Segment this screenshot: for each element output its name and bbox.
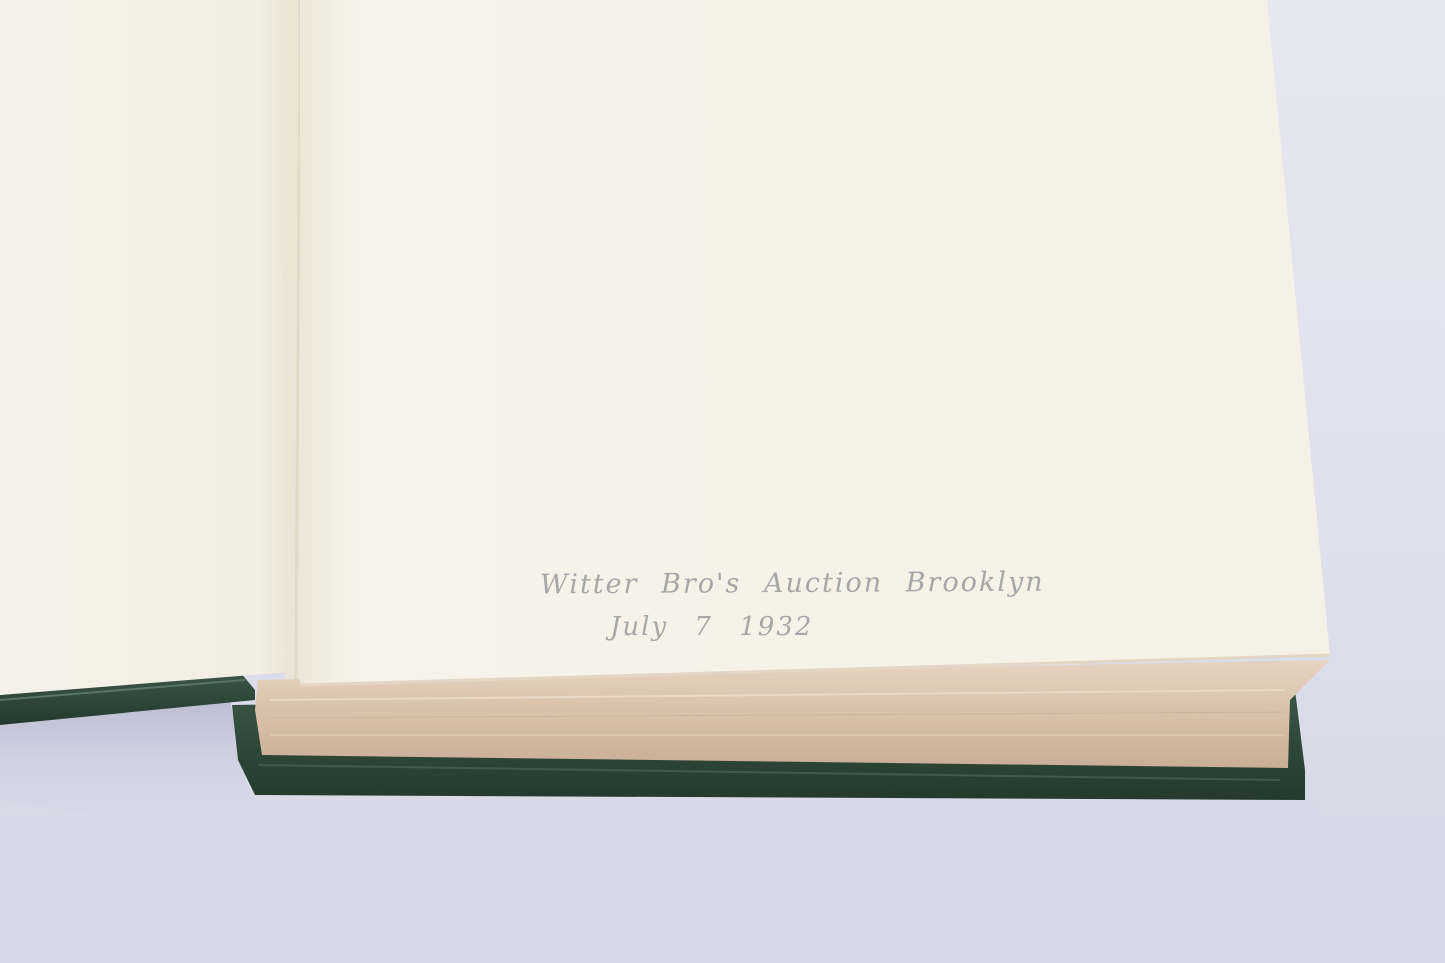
photo-scene: Witter Bro's Auction Brooklyn July 7 193… xyxy=(0,0,1445,963)
left-page xyxy=(0,0,300,695)
inscription-auction-line: Witter Bro's Auction Brooklyn xyxy=(540,567,1045,601)
open-book xyxy=(0,0,1445,963)
inscription-date-line: July 7 1932 xyxy=(610,612,813,642)
